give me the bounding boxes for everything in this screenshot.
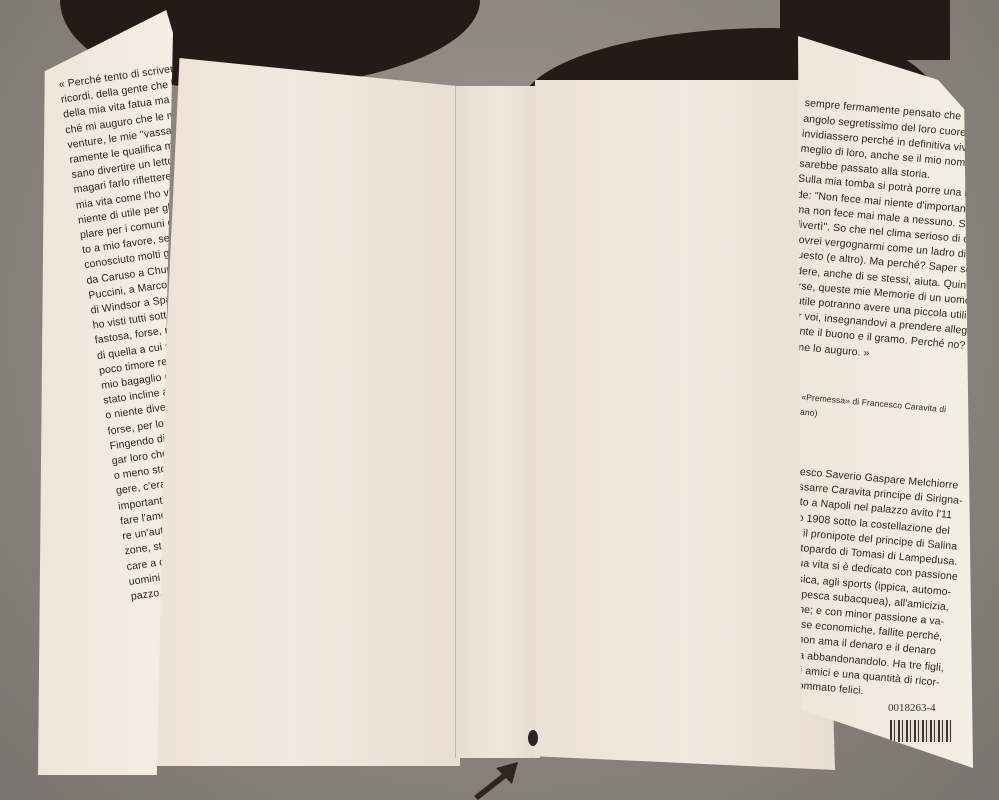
jacket-front-panel (130, 58, 460, 766)
product-code: 0018263-4 (888, 702, 936, 714)
jacket-spine (455, 86, 540, 758)
tear-damage (528, 730, 538, 746)
arrow-pointer-icon (472, 760, 522, 800)
jacket-back-panel (535, 80, 835, 770)
barcode-icon (890, 720, 952, 742)
right-flap-source: Dalla «Premessa» di Francesco Caravita d… (777, 388, 974, 435)
spine-crease-left (455, 86, 456, 758)
right-flap: sempre fermamente pensato che in un ango… (798, 36, 973, 768)
left-flap: « Perché tento di scrivere ... ricordi, … (38, 10, 173, 775)
